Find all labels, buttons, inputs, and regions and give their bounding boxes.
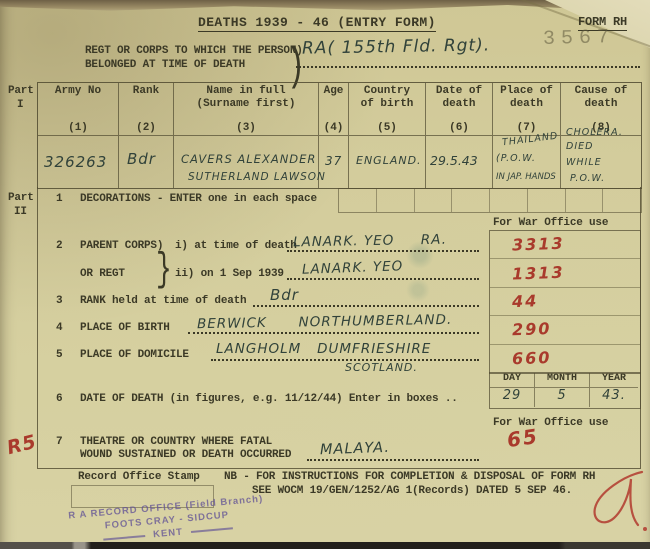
country-value: ENGLAND. bbox=[356, 154, 422, 167]
date-of-death-value: 29.5.43 bbox=[430, 153, 478, 168]
item1-number: 1 bbox=[56, 193, 62, 205]
item3-value: Bdr bbox=[270, 286, 299, 304]
item7-theatre-label-line1: THEATRE OR COUNTRY WHERE FATAL bbox=[80, 436, 272, 448]
red-pen-flourish bbox=[586, 468, 648, 536]
part1-label-numeral: I bbox=[17, 99, 23, 111]
item4-dotted-line bbox=[188, 332, 479, 334]
nb-instructions-line2: SEE WOCM 19/GEN/1252/AG 1(Records) DATED… bbox=[252, 485, 572, 497]
item5-value-line2: SCOTLAND. bbox=[345, 361, 418, 374]
war-office-row: 1313 bbox=[490, 259, 640, 287]
item2-sub1-value: LANARK. YEO RA. bbox=[293, 232, 447, 251]
decorations-boxes bbox=[338, 188, 642, 213]
decoration-box-cell bbox=[490, 189, 528, 212]
war-office-row: 660 bbox=[490, 345, 640, 372]
item2-sub2-label: ii) on 1 Sep 1939 bbox=[175, 268, 284, 280]
column-subtitle: death bbox=[436, 98, 482, 111]
place-line3: IN JAP. HANDS bbox=[496, 172, 556, 182]
item2-number: 2 bbox=[56, 240, 62, 252]
cause-line4: P.O.W. bbox=[570, 173, 605, 184]
column-title: Place of bbox=[500, 85, 553, 98]
name-line2: SUTHERLAND LAWSON bbox=[188, 171, 326, 183]
year-header: YEAR bbox=[590, 373, 638, 388]
item7-dotted-line bbox=[307, 459, 479, 461]
item6-date-of-death-label: DATE OF DEATH (in figures, e.g. 11/12/44… bbox=[80, 393, 458, 405]
column-title: Age bbox=[324, 85, 344, 98]
column-number: (2) bbox=[136, 122, 156, 134]
date-of-death-box: DAY MONTH YEAR 29 5 43. bbox=[489, 372, 641, 409]
decoration-box-cell bbox=[603, 189, 641, 212]
column-title: Army No bbox=[55, 85, 101, 98]
cause-of-death-cell: CHOLERA. DIED WHILE P.O.W. bbox=[561, 136, 641, 188]
part1-label-word: Part bbox=[8, 85, 34, 97]
column-header-name: Name in full(Surname first) (3) bbox=[174, 83, 319, 136]
decoration-box-cell bbox=[452, 189, 490, 212]
nb-instructions-line1: NB - FOR INSTRUCTIONS FOR COMPLETION & D… bbox=[224, 471, 595, 483]
form-title: DEATHS 1939 - 46 (ENTRY FORM) bbox=[198, 15, 436, 32]
item3-dotted-line bbox=[253, 305, 479, 307]
regt-dotted-line bbox=[296, 66, 640, 68]
name-cell: CAVERS ALEXANDER SUTHERLAND LAWSON bbox=[174, 136, 319, 188]
column-number: (3) bbox=[236, 122, 256, 134]
item4-number: 4 bbox=[56, 322, 62, 334]
column-subtitle: death bbox=[500, 98, 553, 111]
serial-number-stamp: 3567 bbox=[543, 26, 616, 51]
column-header-date-of-death: Date ofdeath (6) bbox=[426, 83, 493, 136]
date-of-death-cell: 29.5.43 bbox=[426, 136, 493, 188]
column-title: Cause of bbox=[575, 85, 628, 98]
item5-number: 5 bbox=[56, 349, 62, 361]
margin-note-r5: R5 bbox=[5, 431, 39, 460]
war-office-code: 290 bbox=[490, 319, 552, 340]
decoration-box-cell bbox=[377, 189, 415, 212]
item1-decorations-label: DECORATIONS - ENTER one in each space bbox=[80, 193, 317, 205]
year-value: 43. bbox=[590, 388, 638, 407]
decoration-box-cell bbox=[415, 189, 453, 212]
war-office-use-label-1: For War Office use bbox=[493, 217, 608, 229]
item6-number: 6 bbox=[56, 393, 62, 405]
war-office-code: 660 bbox=[490, 348, 552, 369]
item7-number: 7 bbox=[56, 436, 62, 448]
column-title: Country bbox=[361, 85, 414, 98]
item7-value: MALAYA. bbox=[320, 440, 390, 458]
ink-stamp-line3: KENT bbox=[153, 526, 184, 541]
war-office-code: 3313 bbox=[490, 234, 565, 256]
item2-sub2-dotted-line bbox=[287, 278, 479, 280]
item4-birth-label: PLACE OF BIRTH bbox=[80, 322, 170, 334]
war-office-row: 290 bbox=[490, 316, 640, 344]
column-subtitle: of birth bbox=[361, 98, 414, 111]
name-line1: CAVERS ALEXANDER bbox=[181, 152, 316, 166]
column-title: Name in full bbox=[196, 85, 295, 98]
war-office-row: 44 bbox=[490, 288, 640, 316]
item5-value: LANGHOLM DUMFRIESHIRE bbox=[216, 341, 431, 357]
war-office-code-item7: 65 bbox=[505, 424, 540, 452]
column-title: Date of bbox=[436, 85, 482, 98]
month-value: 5 bbox=[535, 388, 590, 407]
regt-label-line2: BELONGED AT TIME OF DEATH bbox=[85, 59, 245, 71]
item2-sub1-dotted-line bbox=[287, 250, 479, 252]
column-header-age: Age (4) bbox=[319, 83, 349, 136]
age-value: 37 bbox=[325, 154, 342, 168]
rank-value: Bdr bbox=[127, 150, 156, 168]
part2-label-word: Part bbox=[8, 192, 34, 204]
item7-theatre-label-line2: WOUND SUSTAINED OR DEATH OCCURRED bbox=[80, 449, 291, 461]
part1-table: Army No (1) Rank (2) Name in full(Surnam… bbox=[37, 82, 642, 189]
day-value: 29 bbox=[490, 388, 535, 407]
place-of-death-cell: THAILAND (P.O.W. IN JAP. HANDS bbox=[493, 136, 561, 188]
column-header-country: Countryof birth (5) bbox=[349, 83, 426, 136]
item2-brace: } bbox=[156, 246, 172, 293]
cause-line1: CHOLERA. bbox=[566, 127, 623, 138]
part2-label-numeral: II bbox=[14, 206, 27, 218]
column-subtitle: death bbox=[575, 98, 628, 111]
column-title: Rank bbox=[133, 85, 159, 98]
column-header-rank: Rank (2) bbox=[119, 83, 174, 136]
army-no-cell: 326263 bbox=[38, 136, 119, 188]
decoration-box-cell bbox=[339, 189, 377, 212]
war-office-code: 1313 bbox=[490, 262, 565, 284]
column-number: (7) bbox=[517, 122, 537, 134]
item3-rank-label: RANK held at time of death bbox=[80, 295, 246, 307]
record-office-stamp-label: Record Office Stamp bbox=[78, 471, 200, 483]
decoration-box-cell bbox=[528, 189, 566, 212]
army-no-value: 326263 bbox=[44, 153, 107, 171]
item2-or-regt-label: OR REGT bbox=[80, 268, 125, 280]
column-number: (4) bbox=[324, 122, 344, 134]
decoration-box-cell bbox=[566, 189, 604, 212]
item5-domicile-label: PLACE OF DOMICILE bbox=[80, 349, 189, 361]
scanned-form-page: DEATHS 1939 - 46 (ENTRY FORM) FORM RH 35… bbox=[0, 0, 650, 549]
country-cell: ENGLAND. bbox=[349, 136, 426, 188]
month-header: MONTH bbox=[535, 373, 590, 388]
item3-number: 3 bbox=[56, 295, 62, 307]
column-header-army-no: Army No (1) bbox=[38, 83, 119, 136]
column-number: (5) bbox=[377, 122, 397, 134]
cause-line2: DIED bbox=[566, 141, 593, 152]
item2-sub1-label: i) at time of death bbox=[175, 240, 297, 252]
cause-line3: WHILE bbox=[566, 157, 602, 168]
war-office-codes-box: 3313 1313 44 290 660 bbox=[489, 230, 641, 374]
regt-label-line1: REGT OR CORPS TO WHICH THE PERSON) bbox=[85, 45, 303, 57]
age-cell: 37 bbox=[319, 136, 349, 188]
war-office-code: 44 bbox=[490, 291, 539, 312]
column-header-place-of-death: Place ofdeath (7) bbox=[493, 83, 561, 136]
day-header: DAY bbox=[490, 373, 535, 388]
column-number: (1) bbox=[68, 122, 88, 134]
place-line2: (P.O.W. bbox=[496, 153, 536, 164]
war-office-row: 3313 bbox=[490, 231, 640, 259]
rank-cell: Bdr bbox=[119, 136, 174, 188]
column-subtitle: (Surname first) bbox=[196, 98, 295, 111]
item2-parent-corps-label: PARENT CORPS) bbox=[80, 240, 163, 252]
regt-value-handwritten: RA( 155th Fld. Rgt). bbox=[302, 35, 491, 58]
column-number: (6) bbox=[449, 122, 469, 134]
